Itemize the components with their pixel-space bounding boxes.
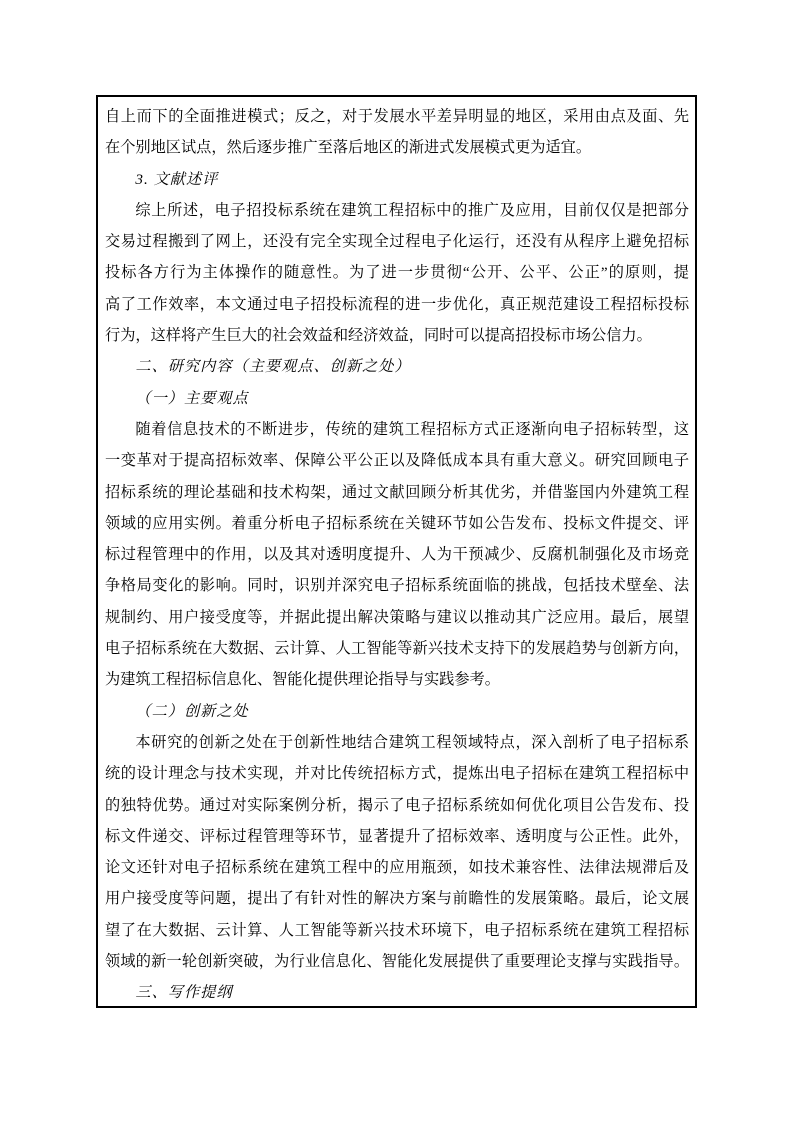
document-page: 自上而下的全面推进模式；反之，对于发展水平差异明显的地区，采用由点及面、先 在个…	[0, 0, 793, 1122]
text-line: 交易过程搬到了网上，还没有完全实现全过程电子化运行，还没有从程序上避免招标	[105, 226, 689, 257]
text-line: 电子招标系统在大数据、云计算、人工智能等新兴技术支持下的发展趋势与创新方向，	[105, 633, 689, 664]
text-line: 规制约、用户接受度等，并据此提出解决策略与建议以推动其广泛应用。最后，展望	[105, 602, 689, 633]
text-line: 争格局变化的影响。同时，识别并深究电子招标系统面临的挑战，包括技术壁垒、法	[105, 570, 689, 601]
text-line: 行为，这样将产生巨大的社会效益和经济效益，同时可以提高招投标市场公信力。	[105, 320, 689, 351]
text-line: 一变革对于提高招标效率、保障公平公正以及降低成本具有重大意义。研究回顾电子	[105, 445, 689, 476]
text-line: 标文件递交、评标过程管理等环节，显著提升了招标效率、透明度与公正性。此外，	[105, 821, 689, 852]
text-line: 论文还针对电子招标系统在建筑工程中的应用瓶颈，如技术兼容性、法律法规滞后及	[105, 852, 689, 883]
heading-research-content: 二、研究内容（主要观点、创新之处）	[105, 351, 689, 382]
text-line: 望了在大数据、云计算、人工智能等新兴技术环境下，电子招标系统在建筑工程招标	[105, 915, 689, 946]
text-line: 用户接受度等问题，提出了有针对性的解决方案与前瞻性的发展策略。最后，论文展	[105, 883, 689, 914]
text-line: 在个别地区试点，然后逐步推广至落后地区的渐进式发展模式更为适宜。	[105, 132, 689, 163]
heading-innovations: （二）创新之处	[105, 696, 689, 727]
text-line: 招标系统的理论基础和技术构架，通过文献回顾分析其优劣，并借鉴国内外建筑工程	[105, 477, 689, 508]
text-line: 随着信息技术的不断进步，传统的建筑工程招标方式正逐渐向电子招标转型，这	[105, 414, 689, 445]
text-line: 领域的新一轮创新突破，为行业信息化、智能化发展提供了重要理论支撑与实践指导。	[105, 946, 689, 977]
heading-literature-review: 3. 文献述评	[105, 164, 689, 195]
text-line: 自上而下的全面推进模式；反之，对于发展水平差异明显的地区，采用由点及面、先	[105, 101, 689, 132]
text-line: 综上所述，电子招投标系统在建筑工程招标中的推广及应用，目前仅仅是把部分	[105, 195, 689, 226]
heading-main-points: （一）主要观点	[105, 383, 689, 414]
text-line: 统的设计理念与技术实现，并对比传统招标方式，提炼出电子招标在建筑工程招标中	[105, 758, 689, 789]
text-line: 投标各方行为主体操作的随意性。为了进一步贯彻“公开、公平、公正”的原则，提	[105, 257, 689, 288]
text-line: 领域的应用实例。着重分析电子招标系统在关键环节如公告发布、投标文件提交、评	[105, 508, 689, 539]
text-line: 为建筑工程招标信息化、智能化提供理论指导与实践参考。	[105, 664, 689, 695]
text-line: 本研究的创新之处在于创新性地结合建筑工程领域特点，深入剖析了电子招标系	[105, 727, 689, 758]
text-line: 标过程管理中的作用，以及其对透明度提升、人为干预减少、反腐机制强化及市场竞	[105, 539, 689, 570]
text-line: 高了工作效率，本文通过电子招投标流程的进一步优化，真正规范建设工程招标投标	[105, 289, 689, 320]
text-line: 的独特优势。通过对实际案例分析，揭示了电子招标系统如何优化项目公告发布、投	[105, 790, 689, 821]
heading-outline: 三、写作提纲	[105, 977, 689, 1008]
form-table-cell: 自上而下的全面推进模式；反之，对于发展水平差异明显的地区，采用由点及面、先 在个…	[96, 95, 697, 1008]
